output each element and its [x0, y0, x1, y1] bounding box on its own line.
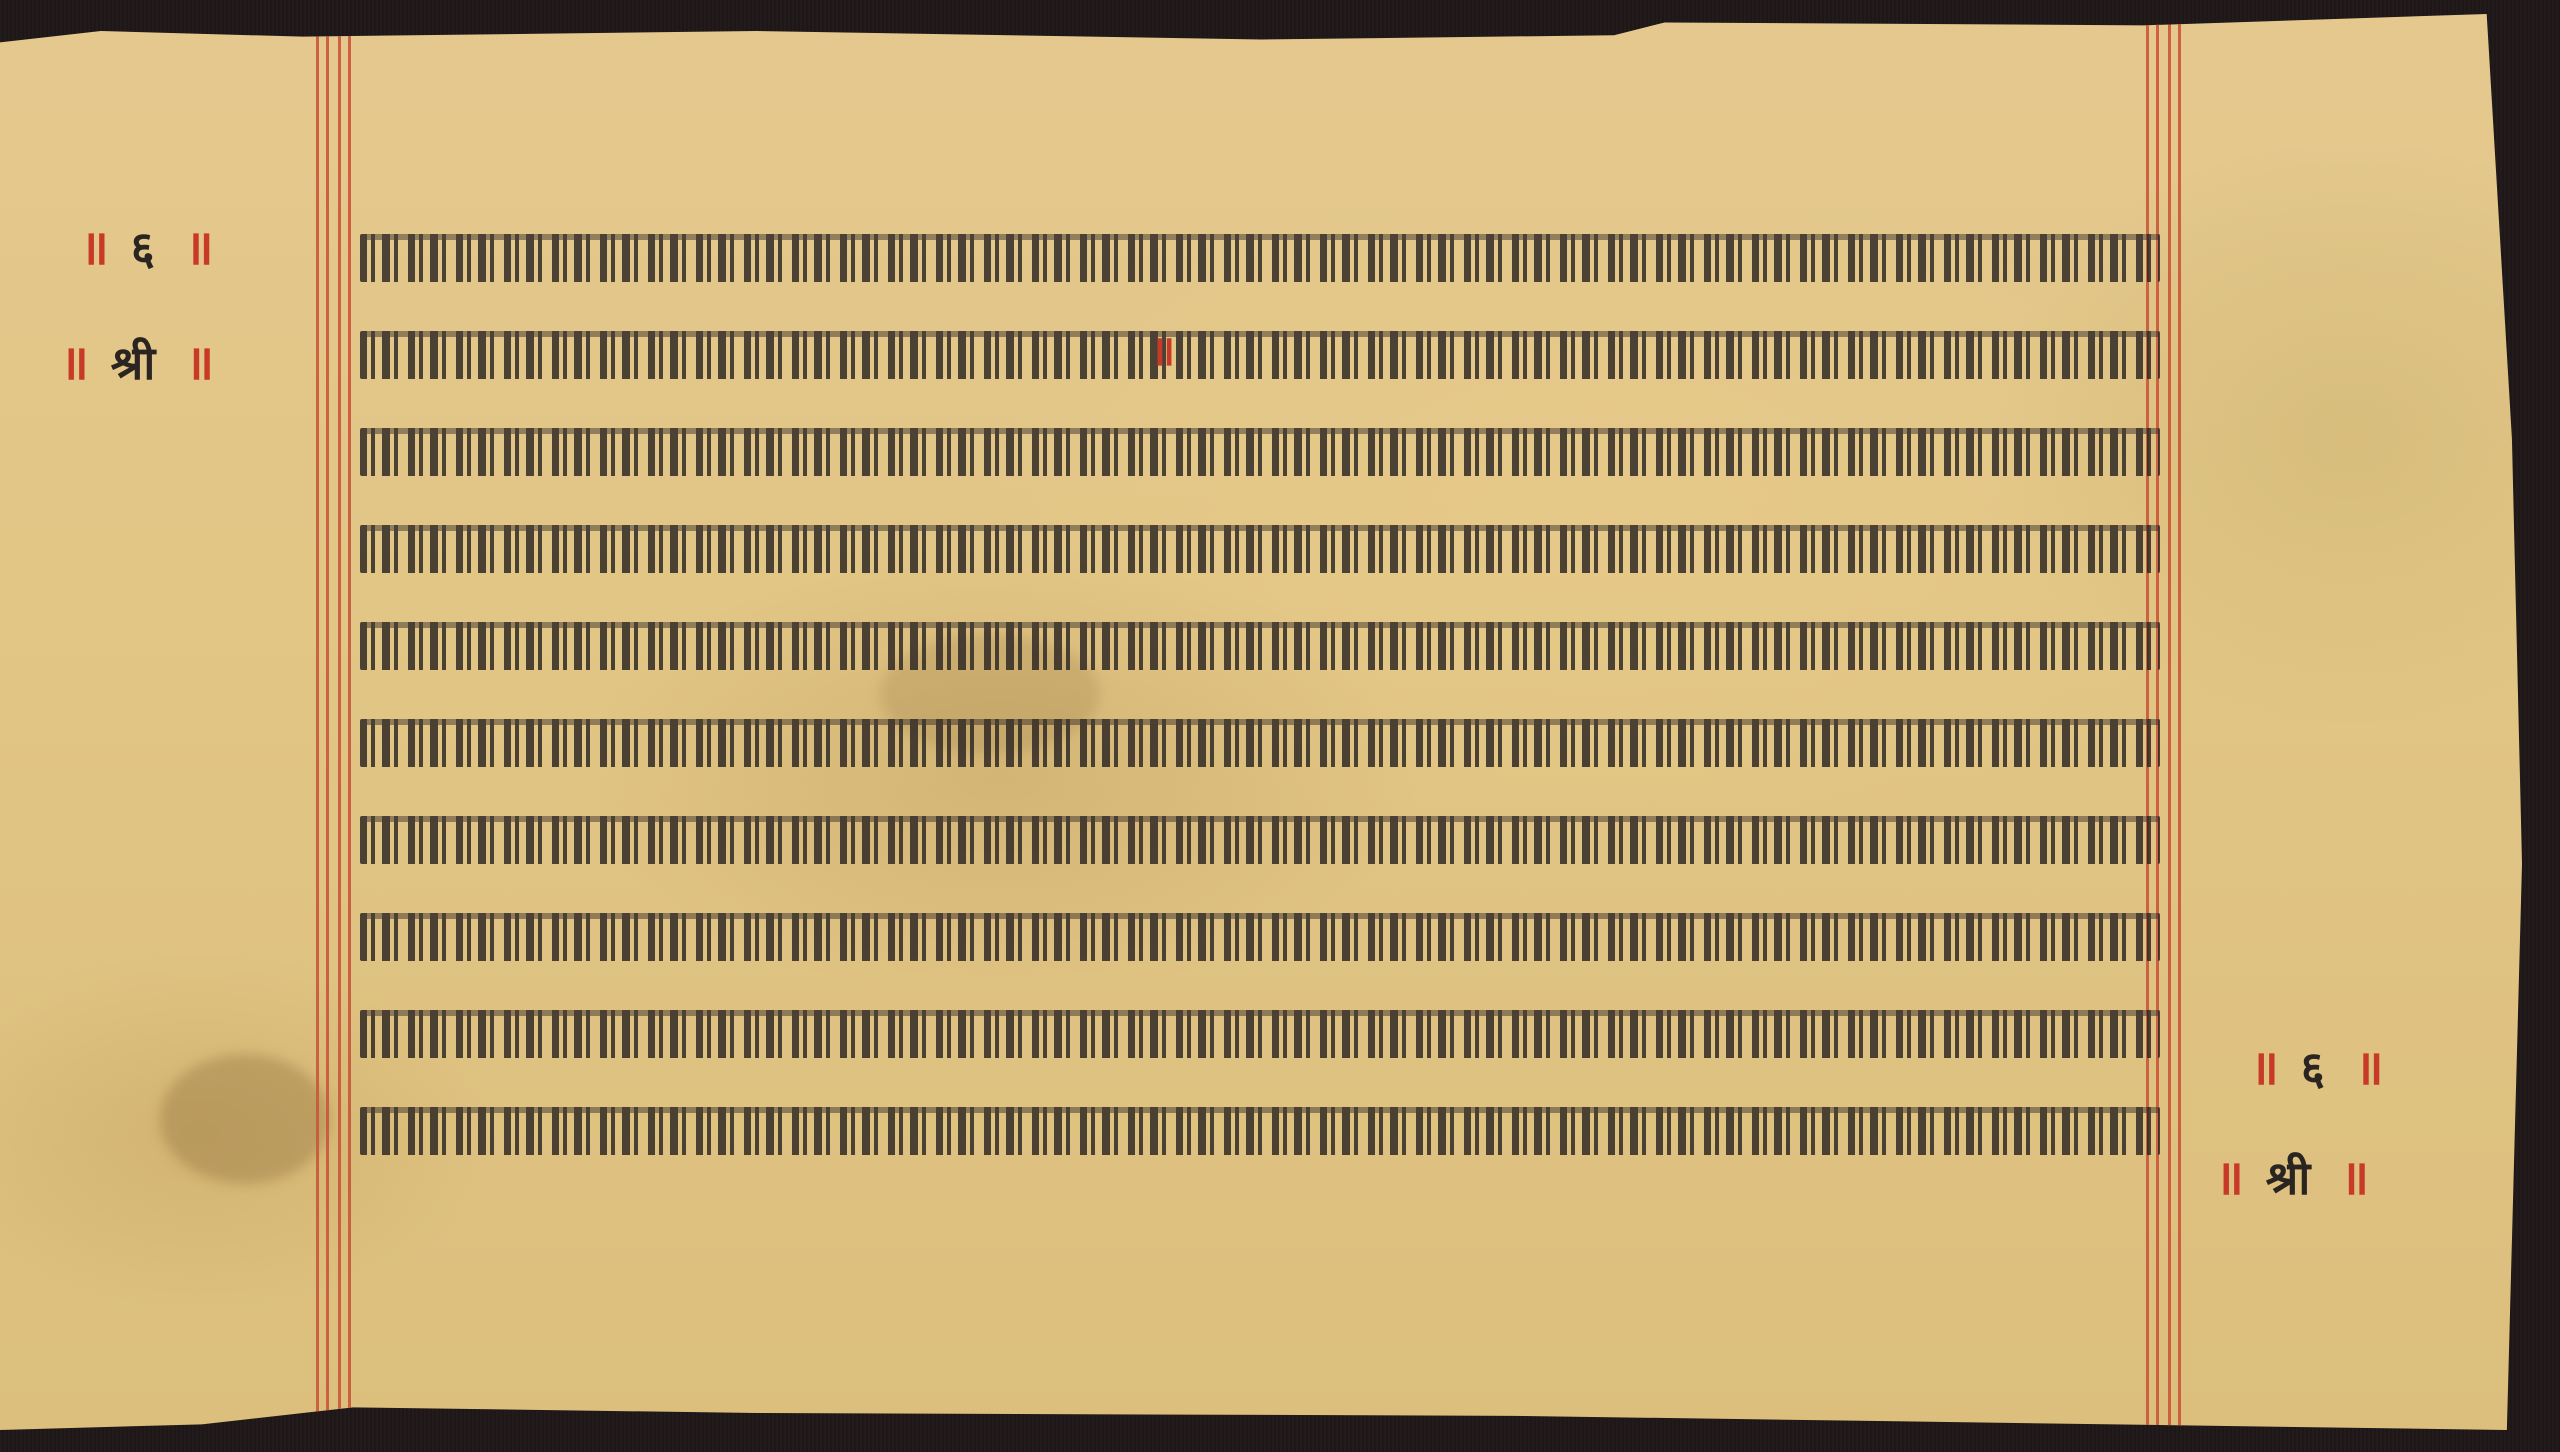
- text-line-1: [360, 214, 2160, 311]
- margin-title-glyph: श्री: [111, 331, 155, 393]
- text-block: ॥: [360, 214, 2160, 1184]
- text-line-5: [360, 602, 2160, 699]
- left-margin-title: ॥ श्री ॥: [60, 329, 206, 394]
- left-ruling: [316, 14, 350, 1430]
- stain: [160, 1054, 330, 1184]
- text-line-6: [360, 699, 2160, 796]
- text-line-3: [360, 408, 2160, 505]
- text-line-4: [360, 505, 2160, 602]
- right-margin-title: ॥ श्री ॥: [2215, 1144, 2361, 1209]
- folio-number-glyph: ६: [2301, 1036, 2325, 1098]
- manuscript-folio: ॥ ६ ॥ ॥ श्री ॥ ॥ ६ ॥ ॥ श्री ॥ ॥: [0, 14, 2522, 1430]
- left-folio-number: ॥ ६ ॥: [80, 214, 205, 279]
- text-line-10: [360, 1087, 2160, 1184]
- right-folio-number: ॥ ६ ॥: [2250, 1034, 2375, 1099]
- folio-number-glyph: ६: [131, 216, 155, 278]
- text-line-7: [360, 796, 2160, 893]
- text-line-9: [360, 990, 2160, 1087]
- margin-title-glyph: श्री: [2266, 1146, 2310, 1208]
- text-line-2: ॥: [360, 311, 2160, 408]
- text-line-8: [360, 893, 2160, 990]
- rubric-danda: ॥: [1150, 321, 1169, 378]
